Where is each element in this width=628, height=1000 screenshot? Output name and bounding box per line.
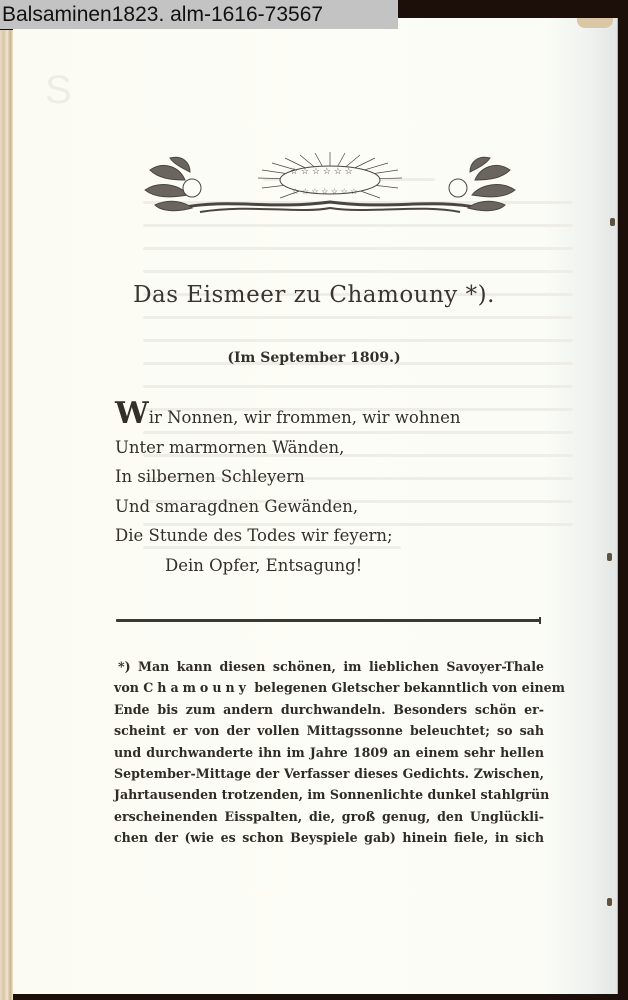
- svg-text:☆ ☆ ☆ ☆ ☆ ☆ ☆: ☆ ☆ ☆ ☆ ☆ ☆ ☆: [292, 187, 357, 196]
- book-page-edges: [0, 30, 13, 1000]
- poem-date: (Im September 1809.): [0, 350, 628, 366]
- window-title: Balsaminen1823. alm-1616-73567: [0, 0, 398, 29]
- footnote-line: und durchwanderte ihn im Jahre 1809 an e…: [114, 742, 544, 763]
- footnote-line: chen der (wie es schon Beyspiele gab) hi…: [114, 827, 544, 848]
- footnote-text: belegenen Gletscher bekanntlich von eine…: [250, 680, 565, 695]
- poem-line: Dein Opfer, Entsagung!: [115, 551, 555, 581]
- footnote: *) Man kann diesen schönen, im liebliche…: [114, 656, 544, 849]
- poem-line-text: ir Nonnen, wir frommen, wir wohnen: [149, 408, 461, 427]
- footnote-line: September-Mittage der Verfasser dieses G…: [114, 763, 544, 784]
- poem-line: In silbernen Schleyern: [115, 462, 555, 492]
- page-stain: [577, 18, 613, 28]
- poem-line: Die Stunde des Todes wir feyern;: [115, 521, 555, 551]
- poem-line: Unter marmornen Wänden,: [115, 433, 555, 463]
- ornament-vignette-icon: ☆ ☆ ☆ ☆ ☆ ☆ ☆ ☆ ☆ ☆ ☆ ☆ ☆: [140, 150, 520, 220]
- footnote-line: von Chamouny belegenen Gletscher bekannt…: [114, 677, 544, 698]
- drop-cap: W: [115, 396, 149, 431]
- page-nick: [607, 898, 612, 906]
- poem-line: Und smaragdnen Gewänden,: [115, 492, 555, 522]
- footnote-line: scheint er von der vollen Mittagssonne b…: [114, 720, 544, 741]
- svg-text:☆ ☆ ☆ ☆ ☆ ☆: ☆ ☆ ☆ ☆ ☆ ☆: [290, 167, 353, 177]
- spaced-place-name: Chamouny: [143, 680, 250, 695]
- bleed-through-letter: S: [45, 68, 72, 113]
- page-nick: [607, 553, 612, 561]
- footnote-line: erscheinenden Eisspalten, die, groß genu…: [114, 806, 544, 827]
- page-nick: [610, 218, 615, 226]
- footnote-line: Jahrtausenden trotzenden, im Sonnenlicht…: [114, 784, 544, 805]
- footnote-text: von: [114, 680, 143, 695]
- footnote-line: *) Man kann diesen schönen, im liebliche…: [114, 656, 544, 677]
- footnote-line: Ende bis zum andern durchwandeln. Besond…: [114, 699, 544, 720]
- poem-line: Wir Nonnen, wir frommen, wir wohnen: [115, 403, 555, 433]
- footnote-separator-rule: [116, 619, 540, 622]
- poem-stanza: Wir Nonnen, wir frommen, wir wohnen Unte…: [115, 403, 555, 580]
- poem-title: Das Eismeer zu Chamouny *).: [0, 282, 628, 308]
